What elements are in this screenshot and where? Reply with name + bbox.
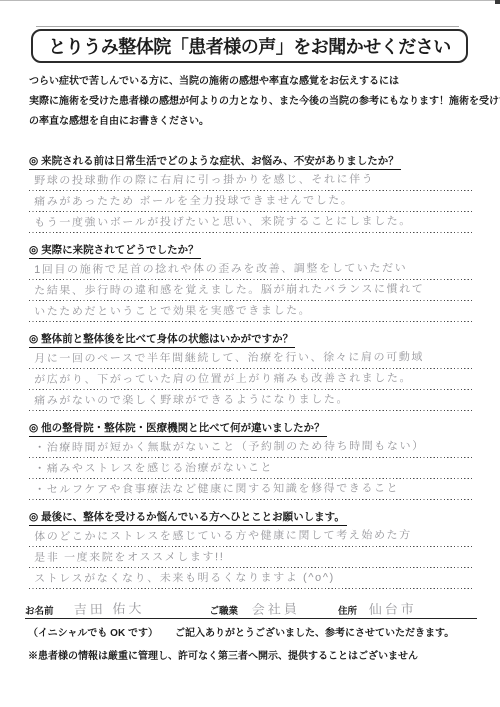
scan-artifact-corner-mark: [495, 0, 500, 4]
address-label: 住所: [338, 603, 357, 617]
answer-line: ・治療時間が短かく無駄がないこと（予約制のため待ち時間もない）: [29, 438, 472, 459]
intro-line-2: 実際に施術を受けた患者様の感想が何よりの力となり、また今後の当院の参考にもなりま…: [29, 92, 479, 112]
answer-line: 月に一回のペースで半年間継続して、治療を行い、徐々に肩の可動域: [29, 349, 472, 370]
handwritten-answer: 野球の投球動作の際に右肩に引っ掛かりを感じ、それに伴う: [29, 169, 374, 191]
question-label: 最後に、整体を受けるか悩んでいる方へひとことお願いします。: [41, 511, 345, 523]
answer-line: 1回目の施術で足首の捻れや体の歪みを改善、調整をしていただい: [29, 260, 472, 281]
initials-ok-note: （イニシャルでも OK です）: [28, 624, 158, 639]
handwritten-answer: ストレスがなくなり、未来も明るくなりますよ (^o^): [29, 568, 335, 589]
double-circle-bullet-icon: ◎: [29, 422, 38, 434]
address-value-handwritten: 仙台市: [369, 598, 417, 618]
handwritten-answer: 痛みがあったため ボールを全力投球できませんでした。: [29, 191, 354, 212]
scan-artifact-streak-line: [36, 26, 459, 27]
question-label: 来院される前は日常生活でどのような症状、お悩み、不安がありましたか？: [41, 155, 399, 167]
intro-line-3: の率直な感想を自由にお書きください。: [29, 112, 479, 132]
question-block-message: ◎最後に、整体を受けるか悩んでいる方へひとことお願いします。 体のどこかにストレ…: [29, 507, 472, 590]
question-label: 整体前と整体後を比べて身体の状態はいかがですか？: [41, 333, 293, 345]
answer-line: 野球の投球動作の際に右肩に引っ掛かりを感じ、それに伴う: [29, 171, 472, 192]
answer-line: が広がり、下がっていた肩の位置が上がり痛みも改善されました。: [29, 370, 472, 391]
name-value-handwritten: 吉田 佑大: [73, 597, 173, 618]
question-block-first-visit: ◎実際に来院されてどうでしたか？ 1回目の施術で足首の捻れや体の歪みを改善、調整…: [29, 240, 472, 323]
handwritten-answer: 体のどこかにストレスを感じている方や健康に関して考え始めた方: [29, 525, 412, 547]
handwritten-answer: ・痛みやストレスを感じる治療がないこと: [29, 458, 273, 479]
question-block-comparison: ◎他の整骨院・整体院・医療機関と比べて何が違いましたか？ ・治療時間が短かく無駄…: [29, 418, 472, 501]
form-title: とりうみ整体院「患者様の声」をお聞かせください: [48, 33, 451, 59]
question-heading: ◎他の整骨院・整体院・医療機関と比べて何が違いましたか？: [29, 422, 327, 437]
name-label: お名前: [25, 603, 54, 617]
intro-line-1: つらい症状で苦しんでいる方に、当院の施術の感想や率直な感覚をお伝えするには: [29, 72, 479, 92]
privacy-note: ※患者様の情報は厳重に管理し、許可なく第三者へ開示、提供することはございません: [28, 647, 418, 662]
double-circle-bullet-icon: ◎: [29, 333, 38, 345]
question-block-before-after: ◎整体前と整体後を比べて身体の状態はいかがですか？ 月に一回のペースで半年間継続…: [29, 329, 472, 412]
respondent-fields-row: お名前 吉田 佑大 ご職業 会社員 住所 仙台市: [25, 599, 477, 619]
answer-line: ・痛みやストレスを感じる治療がないこと: [29, 459, 472, 480]
question-list: ◎来院される前は日常生活でどのような症状、お悩み、不安がありましたか？ 野球の投…: [29, 151, 472, 596]
answer-line: 痛みがあったため ボールを全力投球できませんでした。: [29, 192, 472, 213]
handwritten-answer: 月に一回のペースで半年間継続して、治療を行い、徐々に肩の可動域: [29, 347, 424, 369]
answer-line: もう一度強いボールが投げたいと思い、来院することにしました。: [29, 213, 472, 234]
answer-line: 痛みがないので楽しく野球ができるようになりました。: [29, 391, 472, 412]
question-heading: ◎最後に、整体を受けるか悩んでいる方へひとことお願いします。: [29, 511, 347, 526]
handwritten-answer: ・治療時間が短かく無駄がないこと（予約制のため待ち時間もない）: [29, 436, 425, 458]
answer-line: ストレスがなくなり、未来も明るくなりますよ (^o^): [29, 569, 472, 590]
question-block-symptoms: ◎来院される前は日常生活でどのような症状、お悩み、不安がありましたか？ 野球の投…: [29, 151, 472, 234]
double-circle-bullet-icon: ◎: [29, 155, 38, 167]
double-circle-bullet-icon: ◎: [29, 244, 38, 256]
occupation-label: ご職業: [210, 603, 239, 617]
answer-line: 体のどこかにストレスを感じている方や健康に関して考え始めた方: [29, 527, 472, 548]
handwritten-answer: た結果、歩行時の違和感を覚えました。脳が崩れたバランスに慣れて: [29, 279, 425, 301]
handwritten-answer: いたためだということで効果を実感できました。: [29, 301, 311, 322]
answer-line: いたためだということで効果を実感できました。: [29, 302, 472, 323]
double-circle-bullet-icon: ◎: [29, 511, 38, 523]
handwritten-answer: が広がり、下がっていた肩の位置が上がり痛みも改善されました。: [29, 368, 412, 390]
answer-line: 是非 一度来院をオススメします!!: [29, 548, 472, 569]
question-heading: ◎来院される前は日常生活でどのような症状、お悩み、不安がありましたか？: [29, 155, 401, 170]
handwritten-answer: 是非 一度来院をオススメします!!: [29, 547, 225, 568]
occupation-value-handwritten: 会社員: [252, 598, 316, 618]
intro-text: つらい症状で苦しんでいる方に、当院の施術の感想や率直な感覚をお伝えするには 実際…: [29, 72, 479, 132]
question-heading: ◎実際に来院されてどうでしたか？: [29, 244, 201, 259]
thanks-note: ご記入ありがとうございました、参考にさせていただきます。: [175, 624, 454, 639]
scan-artifact-top-line: [0, 0, 500, 1]
answer-line: た結果、歩行時の違和感を覚えました。脳が崩れたバランスに慣れて: [29, 281, 472, 302]
handwritten-answer: もう一度強いボールが投げたいと思い、来院することにしました。: [29, 211, 412, 233]
handwritten-answer: ・セルフケアや食事療法など健康に関する知識を修得できること: [29, 478, 399, 500]
form-title-box: とりうみ整体院「患者様の声」をお聞かせください: [31, 29, 468, 63]
question-label: 実際に来院されてどうでしたか？: [41, 244, 199, 256]
question-label: 他の整骨院・整体院・医療機関と比べて何が違いましたか？: [41, 422, 325, 434]
handwritten-answer: 1回目の施術で足首の捻れや体の歪みを改善、調整をしていただい: [29, 258, 407, 280]
question-heading: ◎整体前と整体後を比べて身体の状態はいかがですか？: [29, 333, 295, 348]
handwritten-answer: 痛みがないので楽しく野球ができるようになりました。: [29, 390, 349, 411]
answer-line: ・セルフケアや食事療法など健康に関する知識を修得できること: [29, 480, 472, 501]
